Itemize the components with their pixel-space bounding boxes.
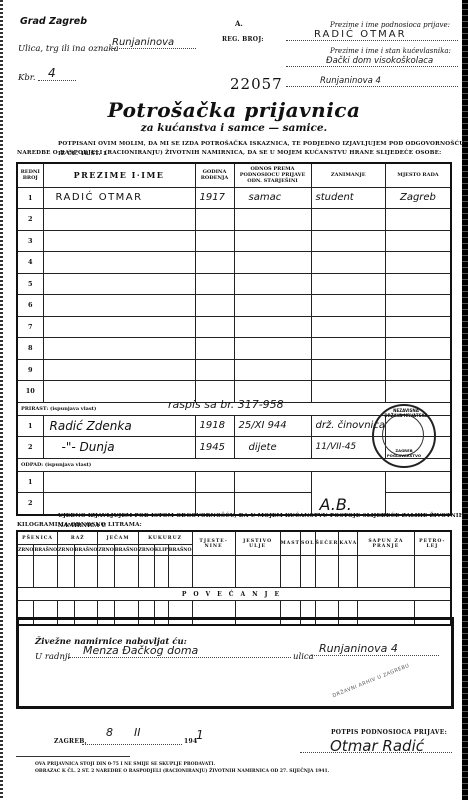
date-line: 8 II: [82, 730, 182, 745]
member-birth-year: [195, 316, 234, 338]
header-barley-flour: BRAŠNO: [114, 545, 138, 556]
header-corn-flour: BRAŠNO: [168, 545, 192, 556]
member-relation: [234, 295, 311, 317]
stamp-inner-text: ZAGREB POGLAVARSTVO: [386, 448, 422, 458]
signature-label: POTPIS PODNOSIOCA PRIJAVE:: [331, 729, 447, 736]
increase-note: raspis sa br. 317-958: [168, 398, 284, 411]
member-birth-year: [195, 230, 234, 252]
member-occupation: [311, 338, 385, 360]
member-birth-year: [195, 273, 234, 295]
footnote-regulation: OBRAZAC K ČL. 2 ST. 2 NAREDBE O RASPODJE…: [35, 769, 329, 774]
reg-no-value: 22057: [230, 75, 283, 93]
form-letter: A.: [235, 19, 243, 28]
header-workplace: MJESTO RADA: [385, 163, 451, 187]
header-corn-grain: ZRNO: [138, 545, 154, 556]
row-number: 3: [17, 230, 43, 252]
applicant-value: RADIĆ OTMAR: [286, 29, 458, 41]
member-workplace: [385, 252, 451, 274]
row-number: 8: [17, 338, 43, 360]
member-name: [43, 359, 195, 381]
head-of-household-label: Prezime i ime i stan kućevlasnika:: [330, 47, 451, 55]
header-barley-grain: ZRNO: [98, 545, 114, 556]
row-number: 2: [17, 209, 43, 231]
official-initials: A.B.: [311, 471, 385, 515]
member-name: [43, 471, 195, 493]
member-name: -"- Dunja: [43, 437, 195, 459]
member-relation: [234, 338, 311, 360]
row-number: 5: [17, 273, 43, 295]
shop-street-value: Runjaninova 4: [311, 642, 439, 656]
member-workplace: [385, 359, 451, 381]
row-number: 1: [17, 187, 43, 209]
member-relation: 25/XI 944: [234, 415, 311, 437]
member-occupation: [311, 209, 385, 231]
member-workplace: [385, 273, 451, 295]
member-workplace: [385, 338, 451, 360]
member-birth-year: [195, 471, 234, 493]
row-number: 6: [17, 295, 43, 317]
applicant-label: Prezime i ime podnosioca prijave:: [330, 21, 450, 29]
increase-row-header: POVEĆANJE: [17, 588, 451, 601]
member-birth-year: 1918: [195, 415, 234, 437]
footnote-divider: [16, 756, 130, 757]
header-wheat-grain: ZRNO: [17, 545, 34, 556]
member-occupation: student: [311, 187, 385, 209]
shop-name-value: Menza Đačkog doma: [69, 644, 291, 658]
member-name: [43, 316, 195, 338]
form-title: Potrošačka prijavnica: [0, 98, 468, 122]
signature-value: Otmar Radić: [330, 737, 424, 755]
member-occupation: [311, 381, 385, 403]
header-coffee: KAVA: [339, 531, 358, 556]
header-no: REDNI BROJ: [17, 163, 43, 187]
row-number: 9: [17, 359, 43, 381]
decrease-label: ODPAD: (ispunjava vlast): [21, 462, 91, 468]
reg-no-label: REG. BROJ:: [222, 36, 264, 43]
row-number: 10: [17, 381, 43, 403]
member-occupation: [311, 252, 385, 274]
supplies-intro-line-2: KILOGRAMIMA ODNOSNO LITRAMA:: [17, 520, 142, 530]
member-name: [43, 209, 195, 231]
member-relation: [234, 230, 311, 252]
city-label: Grad Zagreb: [20, 16, 87, 27]
member-occupation: [311, 295, 385, 317]
header-corn-cob: KLIP: [154, 545, 168, 556]
row-number: 7: [17, 316, 43, 338]
header-sugar: ŠEĆER: [315, 531, 339, 556]
member-name: Radić Zdenka: [43, 415, 195, 437]
header-rye-grain: ZRNO: [58, 545, 74, 556]
header-edible-oil: JESTIVO ULJE: [235, 531, 280, 556]
member-birth-year: [195, 338, 234, 360]
table-row: 1 RADIĆ OTMAR 1917 samac student Zagreb: [17, 187, 451, 209]
member-occupation: [311, 359, 385, 381]
increase-label: POVEĆANJE: [17, 588, 451, 601]
table-row: 2: [17, 209, 451, 231]
header-wheat-flour: BRAŠNO: [34, 545, 58, 556]
date-month: II: [134, 726, 141, 739]
header-name: PREZIME I·IME: [43, 163, 195, 187]
increase-label: PRIRAST: (ispunjava vlast): [21, 406, 96, 412]
member-name: [43, 273, 195, 295]
member-workplace: [385, 209, 451, 231]
food-supplies-table: PŠENICA RAŽ JEČAM KUKURUZ TJESTE-NINE JE…: [16, 530, 452, 626]
house-no-value: 4: [38, 66, 76, 81]
official-stamp: NEZAVISNA DRŽAVA HRVATSKA ZAGREB POGLAVA…: [372, 404, 436, 468]
member-birth-year: [195, 209, 234, 231]
member-name: [43, 230, 195, 252]
member-relation: [234, 359, 311, 381]
head-of-household-address: Runjaninova 4: [286, 76, 458, 87]
member-relation: samac: [234, 187, 311, 209]
form-subtitle: za kućanstva i samce — samice.: [0, 122, 468, 134]
row-number: 4: [17, 252, 43, 274]
member-relation: [234, 209, 311, 231]
header-rye: RAŽ: [58, 531, 98, 545]
header-kerosene: PETRO-LEJ: [414, 531, 451, 556]
member-relation: [234, 471, 311, 493]
member-workplace: [385, 381, 451, 403]
house-no-label: Kbr.: [18, 73, 36, 83]
member-birth-year: 1945: [195, 437, 234, 459]
consumer-registration-form: Grad Zagreb Ulica, trg ili ina oznaka Ru…: [0, 0, 468, 800]
member-occupation: [311, 230, 385, 252]
header-rye-flour: BRAŠNO: [74, 545, 98, 556]
row-number: 2: [17, 437, 43, 459]
row-number: 2: [17, 493, 43, 515]
header-pasta: TJESTE-NINE: [192, 531, 235, 556]
member-name: [43, 295, 195, 317]
table-row: 9: [17, 359, 451, 381]
row-number: 1: [17, 471, 43, 493]
member-workplace: [385, 471, 451, 493]
table-row: 1 A.B.: [17, 471, 451, 493]
table-row: 6: [17, 295, 451, 317]
street-value: Runjaninova: [112, 37, 196, 49]
member-workplace: [385, 295, 451, 317]
stamp-outer-text: NEZAVISNA DRŽAVA HRVATSKA: [384, 408, 428, 418]
member-occupation: [311, 316, 385, 338]
shop-selection-box: Živežne namirnice nabavljat ću: U radnji…: [16, 617, 454, 709]
header-wheat: PŠENICA: [17, 531, 58, 545]
member-workplace: [385, 230, 451, 252]
footnote-price: OVA PRIJAVNICA STOJI DIN 0·75 I NE SMIJE…: [35, 762, 215, 767]
shop-name-label: U radnji: [35, 652, 70, 662]
intro-line-2: NAREDBE O RASPODJELI (RACIONIRANJU) ŽIVO…: [17, 148, 441, 158]
table-row: 4: [17, 252, 451, 274]
year-suffix: 1: [196, 728, 204, 742]
table-row: 8: [17, 338, 451, 360]
member-workplace: [385, 316, 451, 338]
member-relation: [234, 252, 311, 274]
table-row: 5: [17, 273, 451, 295]
member-relation: [234, 316, 311, 338]
date-day: 8: [106, 726, 113, 739]
row-number: 1: [17, 415, 43, 437]
member-name: [43, 338, 195, 360]
header-relation: ODNOS PREMA PODNOSIOCU PRIJAVE ODN. STAR…: [234, 163, 311, 187]
member-birth-year: 1917: [195, 187, 234, 209]
member-occupation: [311, 273, 385, 295]
member-workplace: Zagreb: [385, 187, 451, 209]
header-corn: KUKURUZ: [138, 531, 192, 545]
member-birth-year: [195, 252, 234, 274]
header-lard: MAST: [280, 531, 300, 556]
header-soap: SAPUN ZA PRANJE: [358, 531, 414, 556]
member-birth-year: [195, 359, 234, 381]
street-label: Ulica, trg ili ina oznaka: [18, 44, 119, 54]
header-salt: SOL: [300, 531, 315, 556]
member-birth-year: [195, 295, 234, 317]
member-name: [43, 252, 195, 274]
header-birth-year: GODINA ROĐENJA: [195, 163, 234, 187]
supplies-row: [17, 556, 451, 588]
member-relation: dijete: [234, 437, 311, 459]
header-occupation: ZANIMANJE: [311, 163, 385, 187]
table-row: 3: [17, 230, 451, 252]
header-barley: JEČAM: [98, 531, 138, 545]
member-relation: [234, 273, 311, 295]
member-name: RADIĆ OTMAR: [43, 187, 195, 209]
head-of-household-value: Đački dom visokoškolaca: [286, 56, 458, 67]
table-row: 7: [17, 316, 451, 338]
